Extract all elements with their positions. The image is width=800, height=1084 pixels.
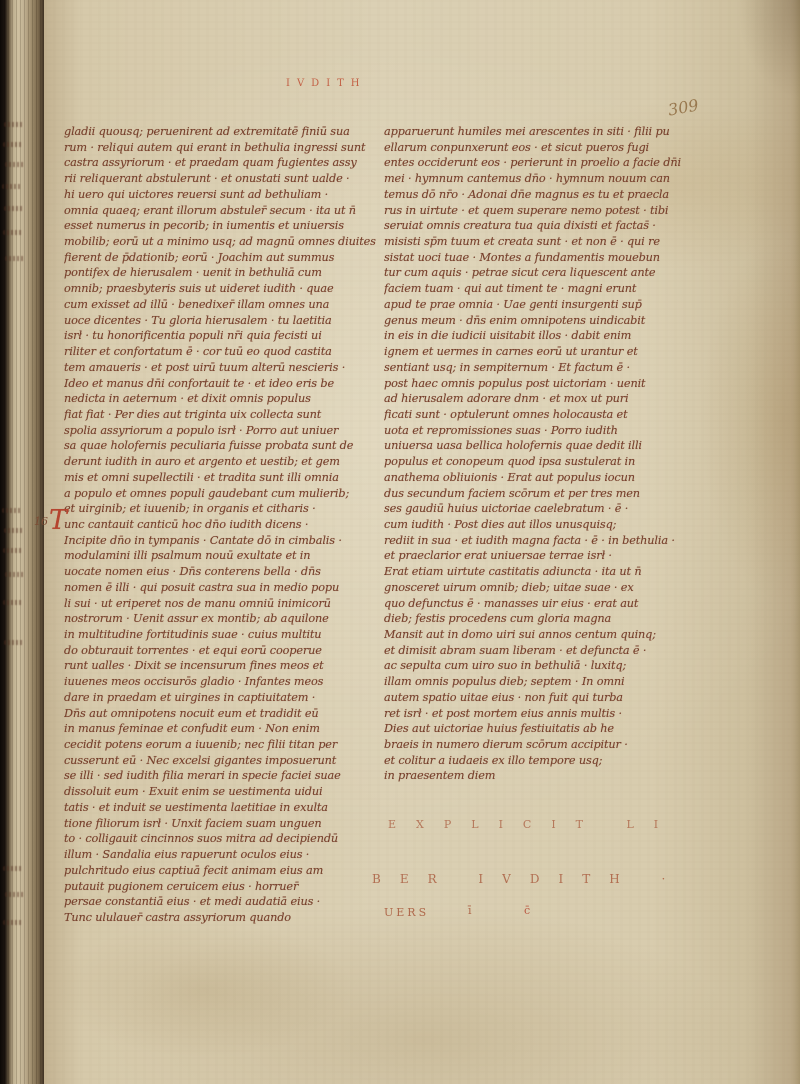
facing-page-text-fragment [4,122,24,127]
chapter-number-margin: 16 [34,515,48,528]
manuscript-text-line: Mansit aut in domo uiri sui annos centum… [384,627,700,643]
facing-page-text-fragment [4,528,24,533]
facing-page-text-fragment [5,892,25,897]
manuscript-text-line: iuuenes meos occisurōs gladio · Infantes… [64,674,380,690]
manuscript-text-line: dare in praedam et uirgines in captiuita… [64,690,380,706]
manuscript-text-line: unc cantauit canticū hoc dn̄o iudith dic… [64,517,380,533]
manuscript-text-line: hi uero qui uictores reuersi sunt ad bet… [64,187,380,203]
manuscript-text-line: cecidit potens eorum a iuuenib; nec fili… [64,737,380,753]
manuscript-text-line: dissoluit eum · Exuit enim se uestimenta… [64,784,380,800]
manuscript-text-line: isrł · tu honorificentia populi nr̄i qui… [64,328,380,344]
manuscript-text-line: runt ualles · Dixit se incensurum fines … [64,658,380,674]
manuscript-text-line: tem amaueris · et post uirū tuum alterū … [64,360,380,376]
manuscript-text-line: castra assyriorum · et praedam quam fugi… [64,155,380,171]
manuscript-text-line: tatis · et induit se uestimenta laetitia… [64,800,380,816]
manuscript-text-line: in eis in die iudicii uisitabit illos · … [384,328,700,344]
manuscript-text-line: quo defunctus ē · manasses uir eius · er… [384,596,700,612]
manuscript-text-line: omnia quaeq; erant illorum abstuler̄ sec… [64,203,380,219]
manuscript-text-line: gnosceret uirum omnib; dieb; uitae suae … [384,580,700,596]
manuscript-text-line: anathema obliuionis · Erat aut populus i… [384,470,700,486]
facing-page-text-fragment [3,866,23,871]
manuscript-text-line: pontifex de hierusalem · uenit in bethul… [64,265,380,281]
rubricated-initial-t: T [49,505,67,536]
manuscript-text-line: a populo et omnes populi gaudebant cum m… [64,486,380,502]
manuscript-text-line: temus dō nr̄o · Adonai dn̄e magnus es tu… [384,187,700,203]
manuscript-text-line: Incipite dn̄o in tympanis · Cantate dō i… [64,533,380,549]
manuscript-text-line: to · colligauit cincinnos suos mitra ad … [64,831,380,847]
facing-page-text-fragment [5,572,25,577]
manuscript-text-line: uoce dicentes · Tu gloria hierusalem · t… [64,313,380,329]
manuscript-text-line: do obturauit torrentes · et equi eorū co… [64,643,380,659]
manuscript-text-line: sa quae holofernis peculiaria fuisse pro… [64,438,380,454]
manuscript-text-line: esset numerus in pecorib; in iumentis et… [64,218,380,234]
manuscript-text-line: et praeclarior erat uniuersae terrae isr… [384,548,700,564]
manuscript-text-line: et colitur a iudaeis ex illo tempore usq… [384,753,700,769]
manuscript-text-line: nomen ē illi · qui posuit castra sua in … [64,580,380,596]
manuscript-text-line: Erat etiam uirtute castitatis adiuncta ·… [384,564,700,580]
manuscript-text-line: ret isrł · et post mortem eius annis mul… [384,706,700,722]
manuscript-text-line: uota et repromissiones suas · Porro iudi… [384,423,700,439]
manuscript-text-line: dus secundum faciem scōrum et per tres m… [384,486,700,502]
manuscript-text-line: illam omnis populus dieb; septem · In om… [384,674,700,690]
manuscript-text-line: fiat fiat · Per dies aut triginta uix co… [64,407,380,423]
manuscript-text-line: persae constantiā eius · et medi audatiā… [64,894,380,910]
versus-count-numeral-1: ī [468,904,472,917]
manuscript-text-line: derunt iudith in auro et argento et uest… [64,454,380,470]
manuscript-text-line: populus et conopeum quod ipsa sustulerat… [384,454,700,470]
facing-page-text-fragment [3,142,23,147]
manuscript-text-line: cusserunt eū · Nec excelsi gigantes impo… [64,753,380,769]
manuscript-text-line: rii reliquerant abstulerunt · et onustat… [64,171,380,187]
manuscript-text-line: tur cum aquis · petrae sicut cera liques… [384,265,700,281]
manuscript-text-line: uniuersa uasa bellica holofernis quae de… [384,438,700,454]
manuscript-text-line: spolia assyriorum a populo isrł · Porro … [64,423,380,439]
explicit-line-1: EXPLICIT LI [388,818,678,831]
manuscript-text-line: dieb; festis procedens cum gloria magna [384,611,700,627]
manuscript-text-line: mei · hymnum cantemus dn̄o · hymnum nouu… [384,171,700,187]
manuscript-text-line: fierent de p̄dationib; eorū · Joachim au… [64,250,380,266]
text-column-left: gladii quousq; peruenirent ad extremitat… [64,124,380,926]
manuscript-text-line: post haec omnis populus post uictoriam ·… [384,376,700,392]
manuscript-text-line: entes occiderunt eos · perierunt in proe… [384,155,700,171]
facing-page-text-fragment [5,162,25,167]
manuscript-text-line: ignem et uermes in carnes eorū ut urantu… [384,344,700,360]
manuscript-text-line: mis et omni supellectili · et tradita su… [64,470,380,486]
facing-page-text-fragment [3,600,23,605]
manuscript-text-line: ellarum conpunxerunt eos · et sicut puer… [384,140,700,156]
manuscript-text-line: in manus feminae et confudit eum · Non e… [64,721,380,737]
manuscript-text-line: rum · reliqui autem qui erant in bethuli… [64,140,380,156]
manuscript-text-line: Tunc ululauer̄ castra assyriorum quando [64,910,380,926]
manuscript-text-line: apparuerunt humiles mei arescentes in si… [384,124,700,140]
manuscript-text-line: nostrorum · Uenit assur ex montib; ab aq… [64,611,380,627]
manuscript-text-line: li sui · ut eriperet nos de manu omniū i… [64,596,380,612]
manuscript-text-line: ficati sunt · optulerunt omnes holocaust… [384,407,700,423]
manuscript-text-line: et uirginib; et iuuenib; in organis et c… [64,501,380,517]
manuscript-text-line: cum iudith · Post dies aut illos unusqui… [384,517,700,533]
manuscript-text-line: sistat uoci tuae · Montes a fundamentis … [384,250,700,266]
running-header-title: IVDITH [286,78,367,89]
versus-count-numeral-2: c̄ [524,904,530,917]
manuscript-text-line: sentiant usq; in sempiternum · Et factum… [384,360,700,376]
facing-page-text-fragment [4,640,24,645]
manuscript-text-line: cum exisset ad illū · benedixer̄ illam o… [64,297,380,313]
manuscript-text-line: ad hierusalem adorare dnm · et mox ut pu… [384,391,700,407]
manuscript-text-line: gladii quousq; peruenirent ad extremitat… [64,124,380,140]
manuscript-text-line: genus meum · dn̄s enim omnipotens uindic… [384,313,700,329]
manuscript-text-line: omnib; praesbyteris suis ut uideret iudi… [64,281,380,297]
manuscript-text-line: et dimisit abram suam liberam · et defun… [384,643,700,659]
manuscript-text-line: Ideo et manus dn̄i confortauit te · et i… [64,376,380,392]
manuscript-text-line: seruiat omnis creatura tua quia dixisti … [384,218,700,234]
manuscript-text-line: tione filiorum isrł · Unxit faciem suam … [64,816,380,832]
manuscript-text-line: riliter et confortatum ē · cor tuū eo qu… [64,344,380,360]
manuscript-text-line: Dn̄s aut omnipotens nocuit eum et tradid… [64,706,380,722]
manuscript-text-line: ses gaudiū huius uictoriae caelebratum ·… [384,501,700,517]
manuscript-text-line: rediit in sua · et iudith magna facta · … [384,533,700,549]
manuscript-text-line: mobilib; eorū ut a minimo usq; ad magnū … [64,234,380,250]
manuscript-photo: { "page": { "running_header": "IVDITH", … [0,0,800,1084]
manuscript-text-line: in praesentem diem [384,768,700,784]
manuscript-text-line: uocate nomen eius · Dn̄s conterens bella… [64,564,380,580]
versus-count-word: UERS [384,906,429,919]
facing-page-text-fragment [3,548,23,553]
manuscript-text-line: putauit pugionem ceruicem eius · horruer… [64,879,380,895]
manuscript-text-line: modulamini illi psalmum nouū exultate et… [64,548,380,564]
facing-page-text-fragment [5,256,25,261]
manuscript-text-line: nedicta in aeternum · et dixit omnis pop… [64,391,380,407]
facing-page-text-fragment [2,508,22,513]
manuscript-text-line: se illi · sed iudith filia merari in spe… [64,768,380,784]
manuscript-text-line: apud te prae omnia · Uae genti insurgent… [384,297,700,313]
manuscript-text-line: ac sepulta cum uiro suo in bethuliā · lu… [384,658,700,674]
manuscript-text-line: in multitudine fortitudinis suae · cuius… [64,627,380,643]
facing-page-text-fragment [3,920,23,925]
manuscript-text-line: misisti sp̄m tuum et creata sunt · et no… [384,234,700,250]
manuscript-text-line: faciem tuam · qui aut timent te · magni … [384,281,700,297]
manuscript-text-line: Dies aut uictoriae huius festiuitatis ab… [384,721,700,737]
facing-page-text-fragment [2,184,22,189]
facing-page-text-fragment [4,206,24,211]
page-curl-shadow [740,0,800,140]
explicit-line-2: BER IVDITH · [372,872,684,886]
manuscript-text-line: illum · Sandalia eius rapuerunt oculos e… [64,847,380,863]
manuscript-text-line: autem spatio uitae eius · non fuit qui t… [384,690,700,706]
manuscript-text-line: rus in uirtute · et quem superare nemo p… [384,203,700,219]
manuscript-text-line: pulchritudo eius captiuā fecit animam ei… [64,863,380,879]
manuscript-text-line: braeis in numero dierum scōrum accipitur… [384,737,700,753]
facing-page-text-fragment [3,230,23,235]
text-column-right: apparuerunt humiles mei arescentes in si… [384,124,700,784]
